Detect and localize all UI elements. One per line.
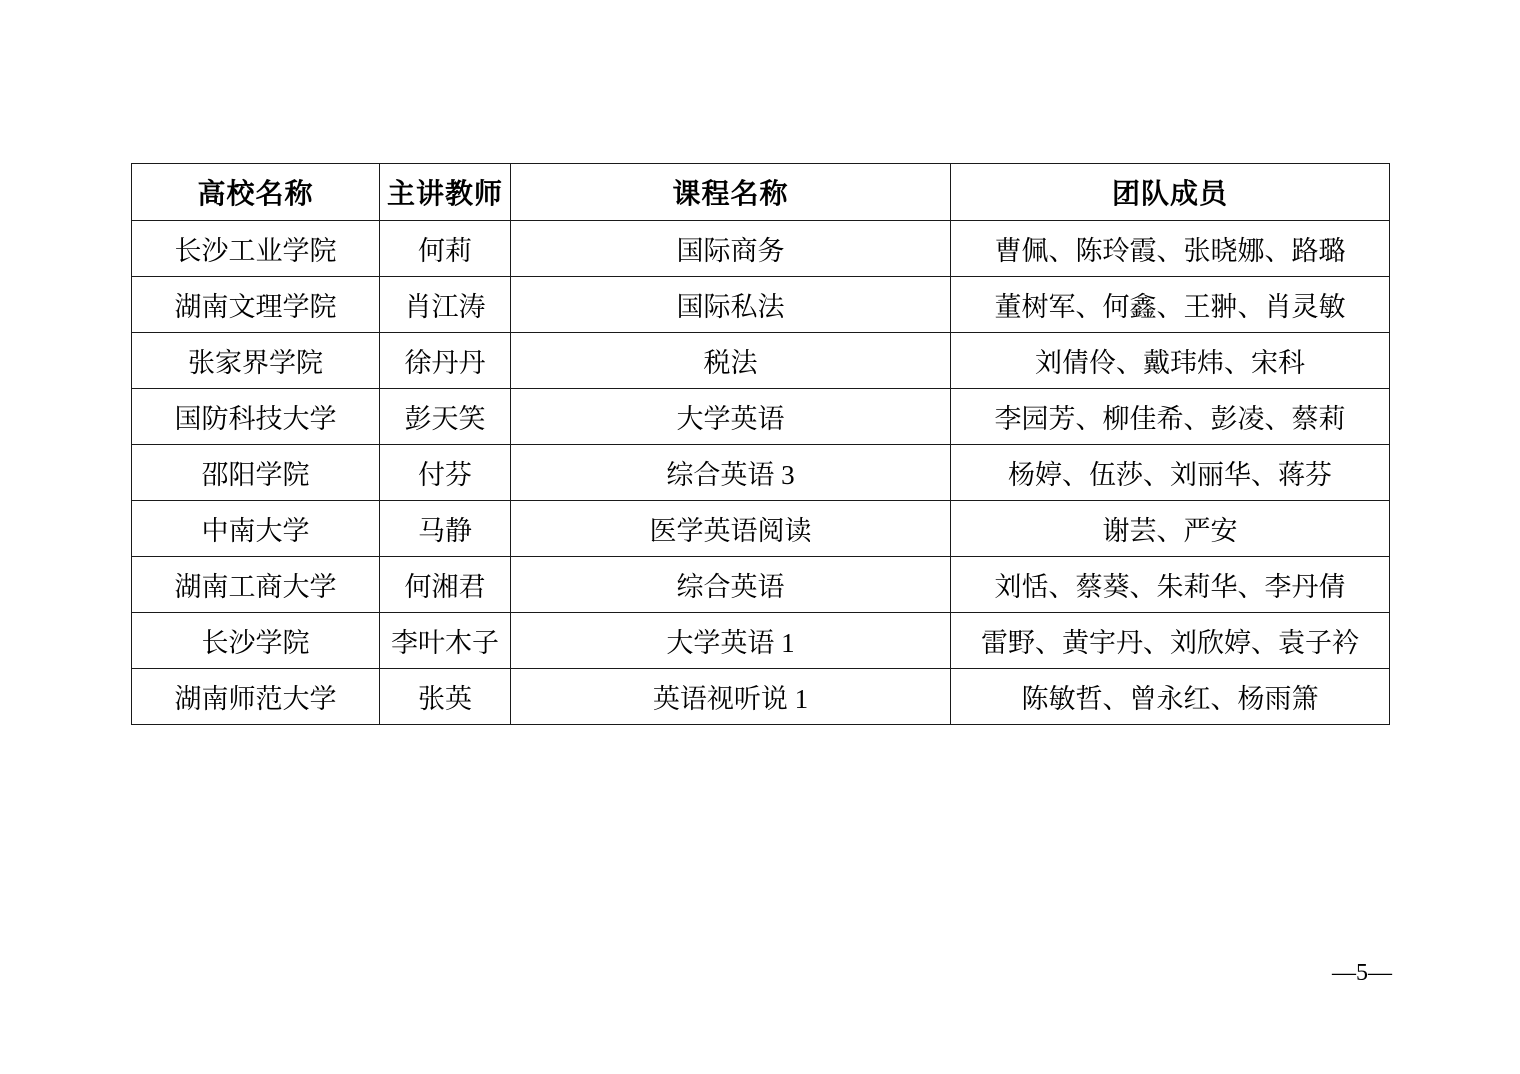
teacher-cell: 何莉	[380, 221, 511, 277]
university-cell: 湖南文理学院	[132, 277, 380, 333]
course-cell: 国际商务	[511, 221, 951, 277]
teacher-cell: 肖江涛	[380, 277, 511, 333]
course-cell: 综合英语	[511, 557, 951, 613]
team-cell: 刘倩伶、戴玮炜、宋科	[951, 333, 1390, 389]
course-cell: 医学英语阅读	[511, 501, 951, 557]
table-row: 长沙工业学院 何莉 国际商务 曹佩、陈玲霞、张晓娜、路璐	[132, 221, 1390, 277]
university-cell: 邵阳学院	[132, 445, 380, 501]
university-cell: 长沙学院	[132, 613, 380, 669]
table-row: 邵阳学院 付芬 综合英语 3 杨婷、伍莎、刘丽华、蒋芬	[132, 445, 1390, 501]
column-header-teacher: 主讲教师	[380, 164, 511, 221]
team-cell: 曹佩、陈玲霞、张晓娜、路璐	[951, 221, 1390, 277]
team-cell: 李园芳、柳佳希、彭凌、蔡莉	[951, 389, 1390, 445]
table-row: 长沙学院 李叶木子 大学英语 1 雷野、黄宇丹、刘欣婷、袁子衿	[132, 613, 1390, 669]
university-cell: 张家界学院	[132, 333, 380, 389]
course-cell: 英语视听说 1	[511, 669, 951, 725]
teacher-cell: 彭天笑	[380, 389, 511, 445]
table-row: 湖南文理学院 肖江涛 国际私法 董树军、何鑫、王翀、肖灵敏	[132, 277, 1390, 333]
course-cell: 国际私法	[511, 277, 951, 333]
course-cell: 大学英语	[511, 389, 951, 445]
column-header-course: 课程名称	[511, 164, 951, 221]
teacher-cell: 徐丹丹	[380, 333, 511, 389]
course-table: 高校名称 主讲教师 课程名称 团队成员 长沙工业学院 何莉 国际商务 曹佩、陈玲…	[131, 163, 1390, 725]
team-cell: 杨婷、伍莎、刘丽华、蒋芬	[951, 445, 1390, 501]
university-cell: 长沙工业学院	[132, 221, 380, 277]
table-row: 湖南工商大学 何湘君 综合英语 刘恬、蔡葵、朱莉华、李丹倩	[132, 557, 1390, 613]
course-cell: 综合英语 3	[511, 445, 951, 501]
team-cell: 雷野、黄宇丹、刘欣婷、袁子衿	[951, 613, 1390, 669]
course-cell: 税法	[511, 333, 951, 389]
teacher-cell: 张英	[380, 669, 511, 725]
team-cell: 谢芸、严安	[951, 501, 1390, 557]
teacher-cell: 付芬	[380, 445, 511, 501]
team-cell: 董树军、何鑫、王翀、肖灵敏	[951, 277, 1390, 333]
table-row: 中南大学 马静 医学英语阅读 谢芸、严安	[132, 501, 1390, 557]
university-cell: 湖南师范大学	[132, 669, 380, 725]
university-cell: 国防科技大学	[132, 389, 380, 445]
team-cell: 刘恬、蔡葵、朱莉华、李丹倩	[951, 557, 1390, 613]
table-row: 国防科技大学 彭天笑 大学英语 李园芳、柳佳希、彭凌、蔡莉	[132, 389, 1390, 445]
teacher-cell: 马静	[380, 501, 511, 557]
table-row: 张家界学院 徐丹丹 税法 刘倩伶、戴玮炜、宋科	[132, 333, 1390, 389]
university-cell: 中南大学	[132, 501, 380, 557]
team-cell: 陈敏哲、曾永红、杨雨箫	[951, 669, 1390, 725]
document-page: 高校名称 主讲教师 课程名称 团队成员 长沙工业学院 何莉 国际商务 曹佩、陈玲…	[0, 0, 1520, 1074]
page-number: —5—	[1332, 960, 1392, 987]
teacher-cell: 何湘君	[380, 557, 511, 613]
table-header-row: 高校名称 主讲教师 课程名称 团队成员	[132, 164, 1390, 221]
course-cell: 大学英语 1	[511, 613, 951, 669]
university-cell: 湖南工商大学	[132, 557, 380, 613]
table-row: 湖南师范大学 张英 英语视听说 1 陈敏哲、曾永红、杨雨箫	[132, 669, 1390, 725]
column-header-university: 高校名称	[132, 164, 380, 221]
teacher-cell: 李叶木子	[380, 613, 511, 669]
column-header-team: 团队成员	[951, 164, 1390, 221]
